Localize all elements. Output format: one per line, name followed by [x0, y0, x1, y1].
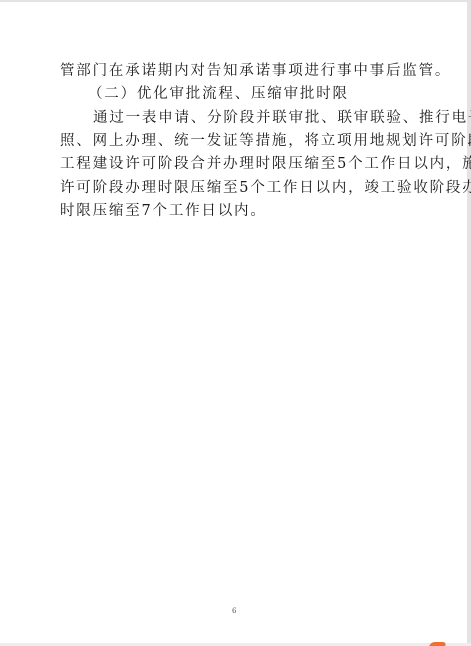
section-heading: （二）优化审批流程、压缩审批时限	[88, 83, 349, 106]
paragraph-line: 时限压缩至7个工作日以内。	[60, 200, 267, 223]
paragraph-line: 工程建设许可阶段合并办理时限压缩至5个工作日以内，施工	[60, 153, 471, 176]
corner-decoration-icon	[429, 642, 446, 646]
page-number: 6	[232, 607, 236, 615]
paragraph-line-continuation: 管部门在承诺期内对告知承诺事项进行事中事后监管。	[60, 60, 451, 83]
paragraph-line: 许可阶段办理时限压缩至5个工作日以内，竣工验收阶段办理	[60, 177, 471, 200]
document-page: 管部门在承诺期内对告知承诺事项进行事中事后监管。 （二）优化审批流程、压缩审批时…	[0, 2, 467, 643]
paragraph-line: 照、网上办理、统一发证等措施，将立项用地规划许可阶段与	[60, 130, 471, 153]
document-viewer: 管部门在承诺期内对告知承诺事项进行事中事后监管。 （二）优化审批流程、压缩审批时…	[0, 0, 471, 646]
paragraph-line: 通过一表申请、分阶段并联审批、联审联验、推行电子证	[93, 107, 471, 130]
